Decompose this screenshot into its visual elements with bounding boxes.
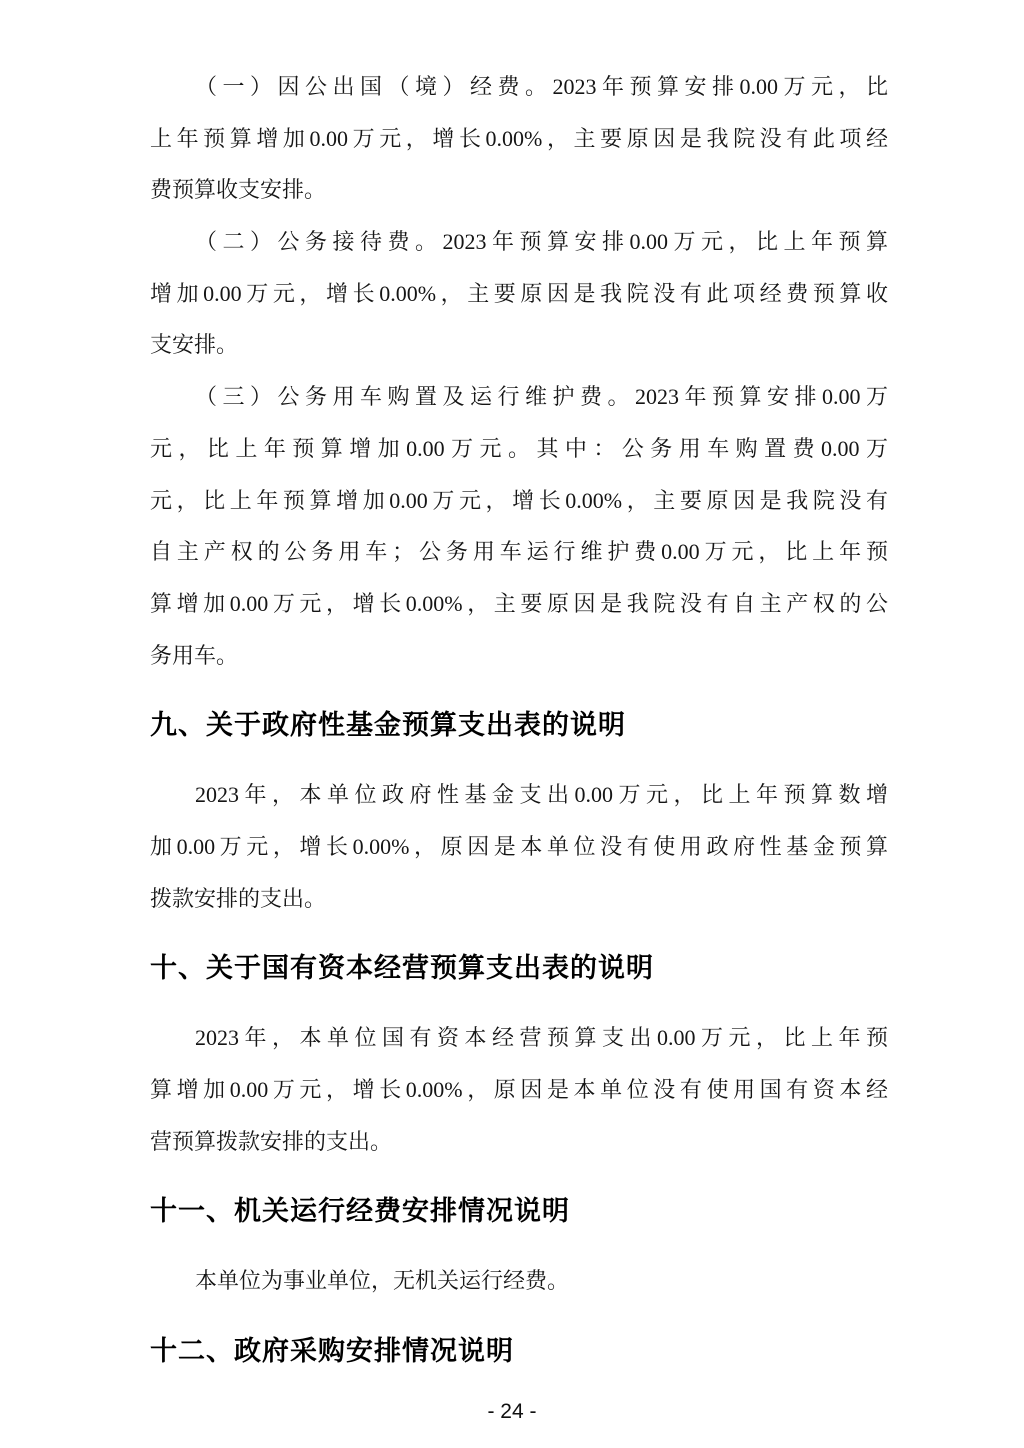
paragraph-line: 上年预算增加0.00万元，增长0.00%，主要原因是我院没有此项经 (150, 113, 888, 165)
paragraph-line: 2023年，本单位政府性基金支出0.00万元，比上年预算数增 (150, 769, 888, 821)
paragraph-state-capital: 2023年，本单位国有资本经营预算支出0.00万元，比上年预 算增加0.00万元… (150, 1012, 888, 1167)
page-body: （一）因公出国（境）经费。2023年预算安排0.00万元，比 上年预算增加0.0… (150, 61, 888, 1395)
section-heading-procurement: 十二、政府采购安排情况说明 (150, 1325, 888, 1377)
paragraph-line: 费预算收支安排。 (150, 164, 888, 216)
paragraph-line: 元，比上年预算增加0.00万元，增长0.00%，主要原因是我院没有 (150, 475, 888, 527)
page-number: - 24 - (487, 1400, 536, 1423)
page-footer: - 24 - (0, 1400, 1024, 1424)
paragraph-line: 营预算拨款安排的支出。 (150, 1116, 888, 1168)
paragraph-line: （一）因公出国（境）经费。2023年预算安排0.00万元，比 (150, 61, 888, 113)
paragraph-line: 算增加0.00万元，增长0.00%，主要原因是我院没有自主产权的公 (150, 578, 888, 630)
paragraph-line: 支安排。 (150, 319, 888, 371)
paragraph-line: 2023年，本单位国有资本经营预算支出0.00万元，比上年预 (150, 1012, 888, 1064)
section-heading-gov-fund: 九、关于政府性基金预算支出表的说明 (150, 699, 888, 751)
paragraph-line: 自主产权的公务用车；公务用车运行维护费0.00万元，比上年预 (150, 526, 888, 578)
paragraph-travel-abroad: （一）因公出国（境）经费。2023年预算安排0.00万元，比 上年预算增加0.0… (150, 61, 888, 216)
paragraph-line: （二）公务接待费。2023年预算安排0.00万元，比上年预算 (150, 216, 888, 268)
paragraph-line: 元，比上年预算增加0.00万元。其中：公务用车购置费0.00万 (150, 423, 888, 475)
paragraph-gov-fund: 2023年，本单位政府性基金支出0.00万元，比上年预算数增 加0.00万元，增… (150, 769, 888, 924)
section-heading-state-capital: 十、关于国有资本经营预算支出表的说明 (150, 942, 888, 994)
paragraph-operating-expense: 本单位为事业单位，无机关运行经费。 (150, 1255, 888, 1307)
document-page: （一）因公出国（境）经费。2023年预算安排0.00万元，比 上年预算增加0.0… (0, 0, 1024, 1448)
paragraph-line: 拨款安排的支出。 (150, 873, 888, 925)
section-heading-operating-expense: 十一、机关运行经费安排情况说明 (150, 1185, 888, 1237)
paragraph-line: （三）公务用车购置及运行维护费。2023年预算安排0.00万 (150, 371, 888, 423)
paragraph-line: 算增加0.00万元，增长0.00%，原因是本单位没有使用国有资本经 (150, 1064, 888, 1116)
paragraph-line: 加0.00万元，增长0.00%，原因是本单位没有使用政府性基金预算 (150, 821, 888, 873)
paragraph-line: 本单位为事业单位，无机关运行经费。 (150, 1255, 888, 1307)
paragraph-official-vehicle: （三）公务用车购置及运行维护费。2023年预算安排0.00万 元，比上年预算增加… (150, 371, 888, 681)
paragraph-official-reception: （二）公务接待费。2023年预算安排0.00万元，比上年预算 增加0.00万元，… (150, 216, 888, 371)
paragraph-line: 增加0.00万元，增长0.00%，主要原因是我院没有此项经费预算收 (150, 268, 888, 320)
paragraph-line: 务用车。 (150, 630, 888, 682)
